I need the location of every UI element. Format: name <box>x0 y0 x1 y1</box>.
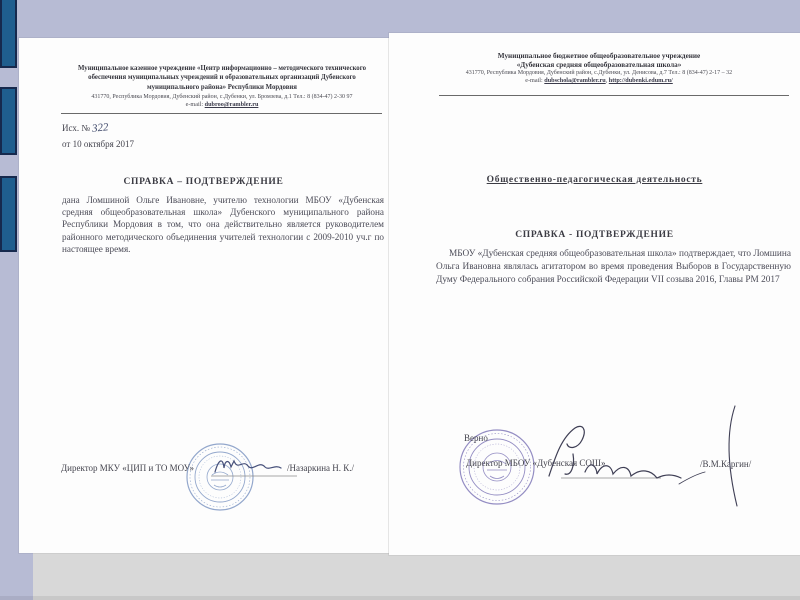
signature <box>529 398 759 513</box>
left-date-line: от 10 октября 2017 <box>62 139 134 149</box>
left-doc-title: СПРАВКА – ПОДТВЕРЖДЕНИЕ <box>19 177 388 187</box>
slide-bottom-corner <box>0 553 33 600</box>
right-site-link: http://dubenki.edum.ru/ <box>609 77 673 84</box>
ref-number-handwritten: 322 <box>92 121 110 135</box>
right-org-name-line1: Муниципальное бюджетное общеобразователь… <box>419 52 779 61</box>
ref-label: Исх. № <box>62 123 90 133</box>
letterhead-divider <box>61 113 382 114</box>
left-org-name: Муниципальное казенное учреждение «Центр… <box>63 64 381 92</box>
decor-square-icon <box>0 176 17 252</box>
right-org-name-line2: «Дубенская средняя общеобразовательная ш… <box>419 61 779 70</box>
right-section-heading: Общественно-педагогическая деятельность <box>389 175 800 185</box>
left-certificate-page: Муниципальное казенное учреждение «Центр… <box>19 38 388 553</box>
presentation-slide: Муниципальное казенное учреждение «Центр… <box>0 0 800 600</box>
letterhead-divider <box>439 95 789 96</box>
left-ref-line: Исх. № 322 <box>62 122 109 134</box>
right-email-label: e-mail: <box>525 77 544 84</box>
left-letterhead: Муниципальное казенное учреждение «Центр… <box>63 64 381 109</box>
left-org-address: 431770, Республика Мордовия, Дубенский р… <box>63 93 381 101</box>
left-signature-name: /Назаркина Н. К./ <box>287 463 354 473</box>
right-letterhead: Муниципальное бюджетное общеобразователь… <box>419 52 779 85</box>
slide-footer-band <box>33 553 800 600</box>
left-doc-body: дана Ломшиной Ольге Ивановне, учителю те… <box>62 194 384 255</box>
right-doc-title: СПРАВКА - ПОДТВЕРЖДЕНИЕ <box>389 230 800 240</box>
verified-label: Верно <box>464 433 488 443</box>
slide-bottom-edge <box>0 596 800 600</box>
left-email-label: e-mail: <box>186 101 205 108</box>
left-email-link: dubroo@rambler.ru <box>205 101 259 108</box>
decor-square-icon <box>0 0 17 68</box>
decor-square-icon <box>0 87 17 155</box>
right-doc-body: МБОУ «Дубенская средняя общеобразователь… <box>436 248 791 286</box>
left-signature-role: Директор МКУ «ЦИП и ТО МОУ» <box>61 463 194 473</box>
right-org-address: 431770, Республика Мордовия, Дубенский р… <box>419 69 779 77</box>
right-email-link: dubschola@rambler.ru <box>544 77 605 84</box>
right-certificate-page: Муниципальное бюджетное общеобразователь… <box>389 33 800 555</box>
